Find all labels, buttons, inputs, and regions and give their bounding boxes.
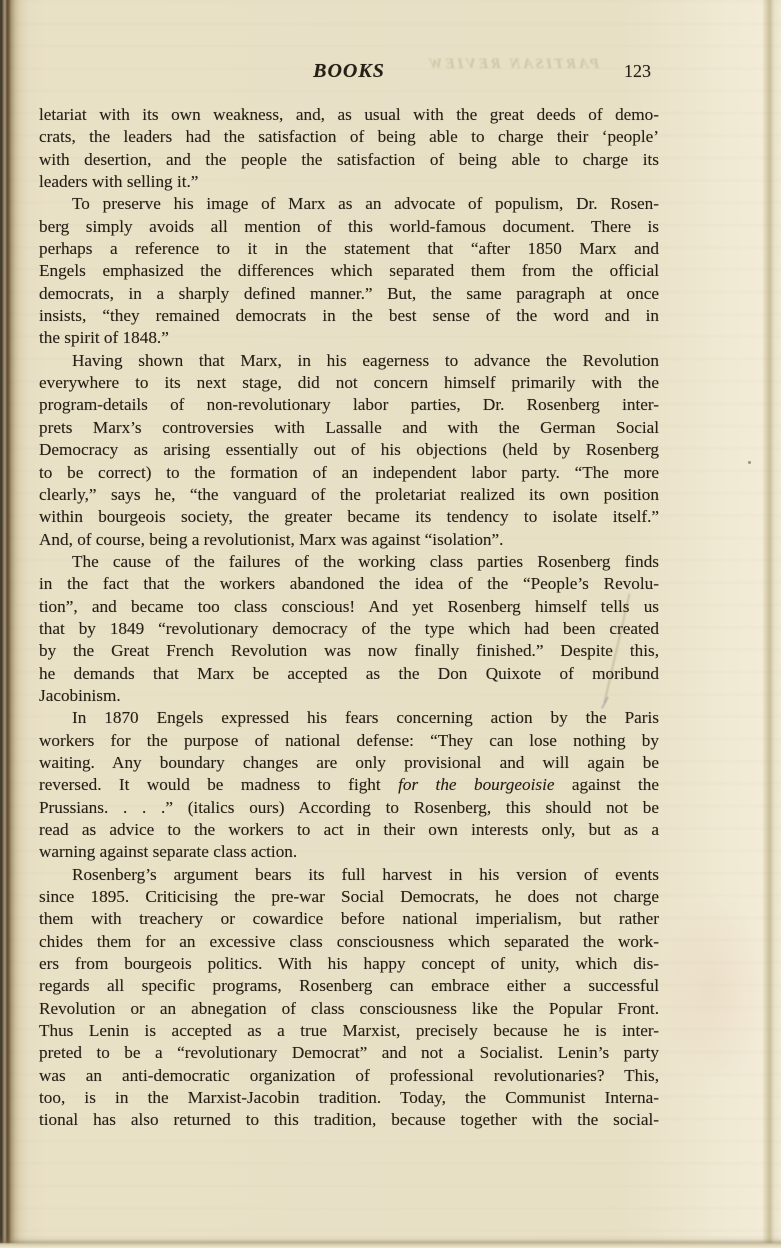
text-line: In 1870 Engels expressed his fears conce… — [39, 707, 659, 729]
text-line: warning against separate class action. — [39, 841, 659, 863]
ink-speck — [748, 461, 751, 464]
text-line: leaders with selling it.” — [39, 171, 659, 193]
text-line: tional has also returned to this traditi… — [39, 1109, 659, 1131]
text-line: And, of course, being a revolutionist, M… — [39, 529, 659, 551]
text-line: Thus Lenin is accepted as a true Marxist… — [39, 1020, 659, 1042]
text-line: prets Marx’s controversies with Lassalle… — [39, 417, 659, 439]
text-line: them with treachery or cowardice before … — [39, 908, 659, 930]
text-line: was an anti-democratic organization of p… — [39, 1065, 659, 1087]
text-line: perhaps a reference to it in the stateme… — [39, 238, 659, 260]
text-line: he demands that Marx be accepted as the … — [39, 663, 659, 685]
running-head: BOOKS 123 — [39, 60, 659, 86]
text-line: workers for the purpose of national defe… — [39, 730, 659, 752]
text-line: within bourgeois society, the greater be… — [39, 506, 659, 528]
text-line: Prussians. . . .” (italics ours) Accordi… — [39, 797, 659, 819]
text-line: waiting. Any boundary changes are only p… — [39, 752, 659, 774]
page-bottom-edge — [0, 1235, 781, 1248]
text-line: berg simply avoids all mention of this w… — [39, 216, 659, 238]
text-line: with desertion, and the people the satis… — [39, 149, 659, 171]
text-line: regards all specific programs, Rosenberg… — [39, 975, 659, 997]
text-line: since 1895. Criticising the pre-war Soci… — [39, 886, 659, 908]
text-line: reversed. It would be madness to fight f… — [39, 774, 659, 796]
text-line: chides them for an excessive class consc… — [39, 931, 659, 953]
text-line: by the Great French Revolution was now f… — [39, 640, 659, 662]
text-line: To preserve his image of Marx as an advo… — [39, 193, 659, 215]
section-title: BOOKS — [313, 60, 385, 83]
text-line: preted to be a “revolutionary Democrat” … — [39, 1042, 659, 1064]
text-line: Revolution or an abnegation of class con… — [39, 998, 659, 1020]
text-line: read as advice to the workers to act in … — [39, 819, 659, 841]
text-line: tion”, and became too class conscious! A… — [39, 596, 659, 618]
text-line: program-details of non-revolutionary lab… — [39, 394, 659, 416]
text-line: Rosenberg’s argument bears its full harv… — [39, 864, 659, 886]
body-text-column: letariat with its own weakness, and, as … — [39, 104, 659, 1132]
text-line: Jacobinism. — [39, 685, 659, 707]
text-line: to be correct) to the formation of an in… — [39, 462, 659, 484]
text-line: Engels emphasized the differences which … — [39, 260, 659, 282]
text-line: Having shown that Marx, in his eagerness… — [39, 350, 659, 372]
text-line: that by 1849 “revolutionary democracy of… — [39, 618, 659, 640]
text-line: ers from bourgeois politics. With his ha… — [39, 953, 659, 975]
paper-stain — [638, 855, 781, 1125]
text-line: in the fact that the workers abandoned t… — [39, 573, 659, 595]
text-line: insists, “they remained democrats in the… — [39, 305, 659, 327]
text-line: letariat with its own weakness, and, as … — [39, 104, 659, 126]
text-line: crats, the leaders had the satisfaction … — [39, 126, 659, 148]
page-number: 123 — [624, 61, 651, 82]
text-line: The cause of the failures of the working… — [39, 551, 659, 573]
book-page-scan: PARTISAN REVIEW BOOKS 123 letariat with … — [0, 0, 781, 1248]
text-line: democrats, in a sharply defined manner.”… — [39, 283, 659, 305]
text-line: the spirit of 1848.” — [39, 327, 659, 349]
text-line: clearly,” says he, “the vanguard of the … — [39, 484, 659, 506]
text-line: too, is in the Marxist-Jacobin tradition… — [39, 1087, 659, 1109]
text-line: Democracy as arising essentially out of … — [39, 439, 659, 461]
text-line: everywhere to its next stage, did not co… — [39, 372, 659, 394]
